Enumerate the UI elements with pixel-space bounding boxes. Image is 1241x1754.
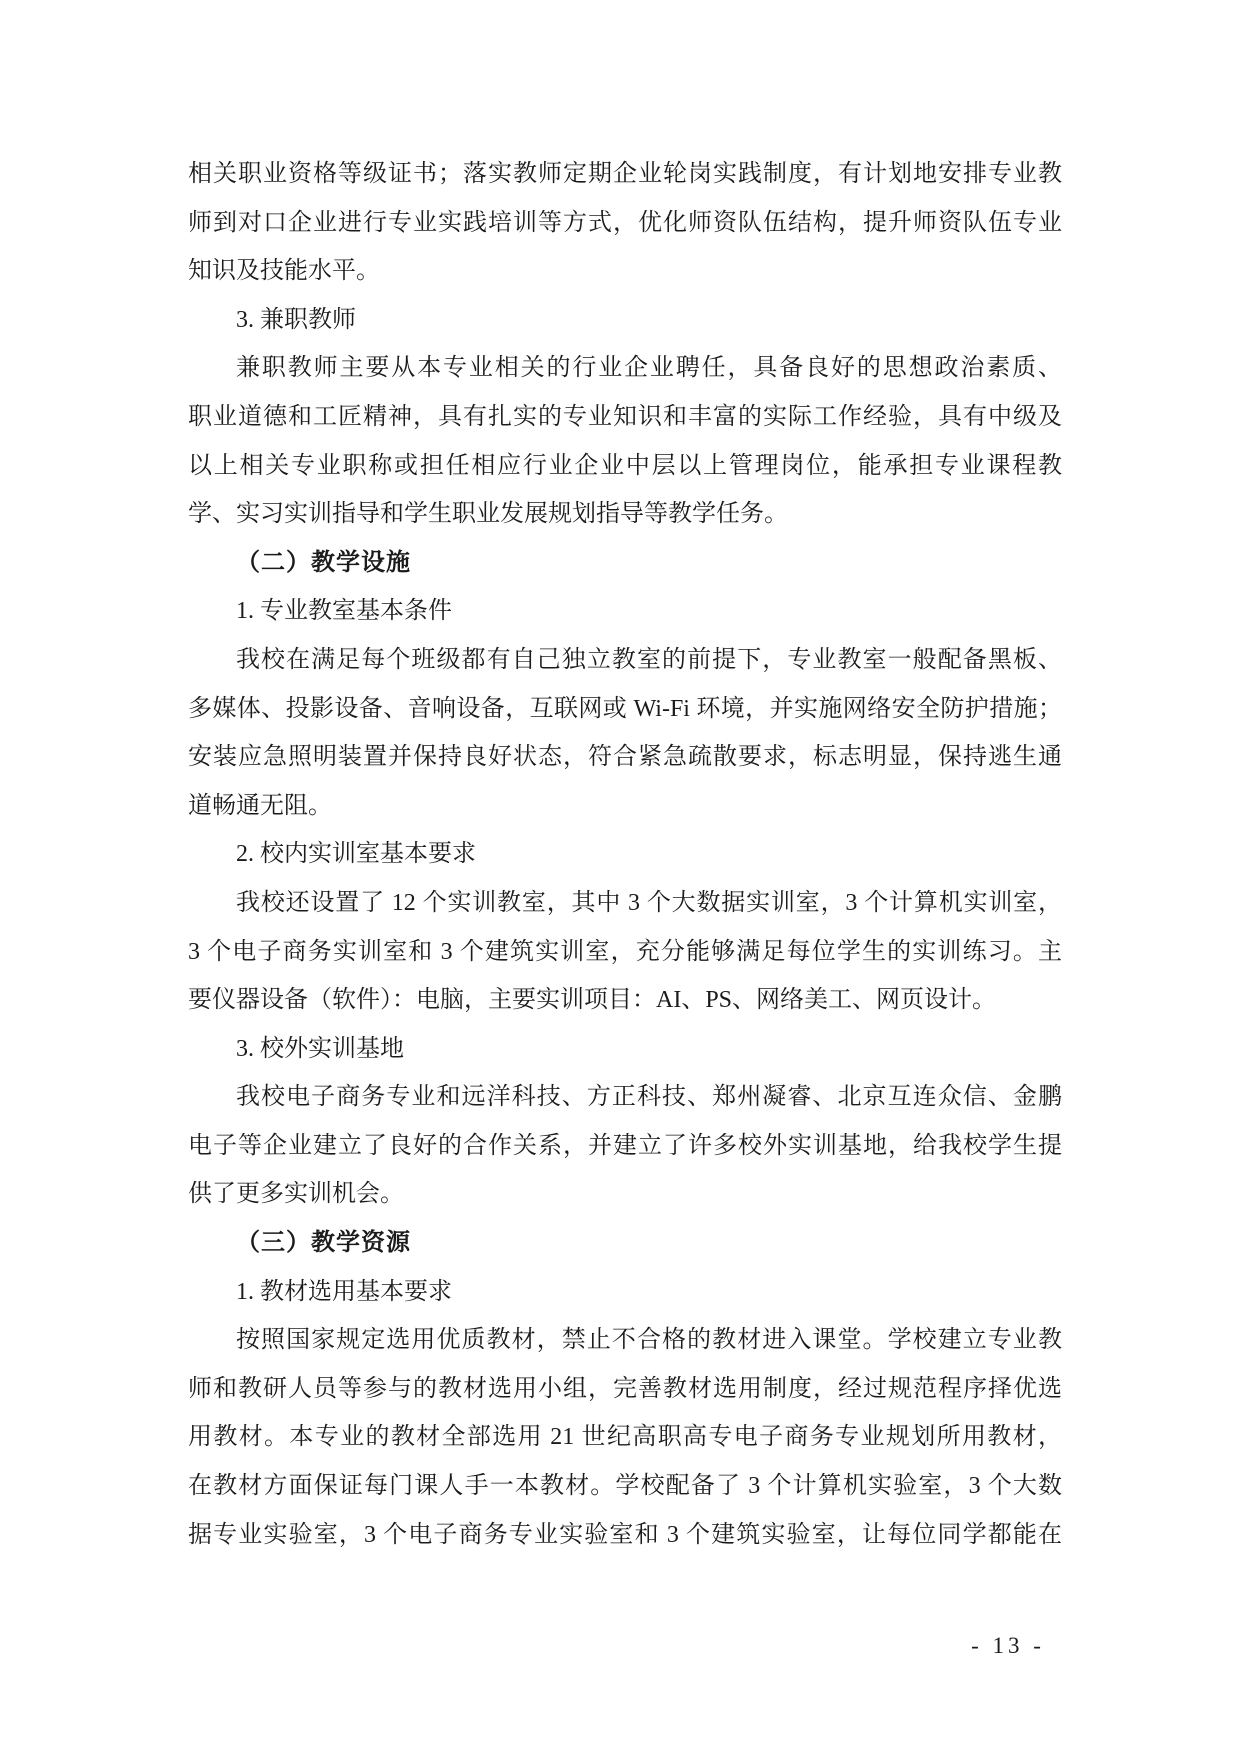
- text-line: 3 个电子商务实训室和 3 个建筑实训室，充分能够满足每位学生的实训练习。主: [188, 928, 1062, 977]
- document-page: 相关职业资格等级证书；落实教师定期企业轮岗实践制度，有计划地安排专业教师到对口企…: [0, 0, 1241, 1754]
- page-number: - 13 -: [953, 1628, 1063, 1664]
- text-line: 知识及技能水平。: [188, 247, 1062, 296]
- text-line: 以上相关专业职称或担任相应行业企业中层以上管理岗位，能承担专业课程教: [188, 442, 1062, 491]
- text-line: 安装应急照明装置并保持良好状态，符合紧急疏散要求，标志明显，保持逃生通: [188, 733, 1062, 782]
- section-heading: （二）教学设施: [188, 539, 1062, 588]
- text-line: 用教材。本专业的教材全部选用 21 世纪高职高专电子商务专业规划所用教材，: [188, 1413, 1062, 1462]
- document-body: 相关职业资格等级证书；落实教师定期企业轮岗实践制度，有计划地安排专业教师到对口企…: [188, 150, 1062, 1559]
- text-line: 相关职业资格等级证书；落实教师定期企业轮岗实践制度，有计划地安排专业教: [188, 150, 1062, 199]
- text-line: 兼职教师主要从本专业相关的行业企业聘任，具备良好的思想政治素质、: [188, 344, 1062, 393]
- text-line: 2. 校内实训室基本要求: [188, 830, 1062, 879]
- text-line: 据专业实验室，3 个电子商务专业实验室和 3 个建筑实验室，让每位同学都能在: [188, 1511, 1062, 1560]
- text-line: 多媒体、投影设备、音响设备，互联网或 Wi-Fi 环境，并实施网络安全防护措施；: [188, 685, 1062, 734]
- text-line: 1. 专业教室基本条件: [188, 587, 1062, 636]
- text-line: 我校电子商务专业和远洋科技、方正科技、郑州凝睿、北京互连众信、金鹏: [188, 1073, 1062, 1122]
- text-line: 学、实习实训指导和学生职业发展规划指导等教学任务。: [188, 490, 1062, 539]
- text-line: 师到对口企业进行专业实践培训等方式，优化师资队伍结构，提升师资队伍专业: [188, 199, 1062, 248]
- text-line: 我校还设置了 12 个实训教室，其中 3 个大数据实训室，3 个计算机实训室，: [188, 879, 1062, 928]
- text-line: 职业道德和工匠精神，具有扎实的专业知识和丰富的实际工作经验，具有中级及: [188, 393, 1062, 442]
- text-line: 师和教研人员等参与的教材选用小组，完善教材选用制度，经过规范程序择优选: [188, 1365, 1062, 1414]
- text-line: 电子等企业建立了良好的合作关系，并建立了许多校外实训基地，给我校学生提: [188, 1122, 1062, 1171]
- text-line: 供了更多实训机会。: [188, 1170, 1062, 1219]
- text-line: 在教材方面保证每门课人手一本教材。学校配备了 3 个计算机实验室，3 个大数: [188, 1462, 1062, 1511]
- text-line: 按照国家规定选用优质教材，禁止不合格的教材进入课堂。学校建立专业教: [188, 1316, 1062, 1365]
- text-line: 要仪器设备（软件）：电脑，主要实训项目：AI、PS、网络美工、网页设计。: [188, 976, 1062, 1025]
- text-line: 道畅通无阻。: [188, 782, 1062, 831]
- text-line: 1. 教材选用基本要求: [188, 1268, 1062, 1317]
- text-line: 3. 兼职教师: [188, 296, 1062, 345]
- text-line: 我校在满足每个班级都有自己独立教室的前提下，专业教室一般配备黑板、: [188, 636, 1062, 685]
- section-heading: （三）教学资源: [188, 1219, 1062, 1268]
- text-line: 3. 校外实训基地: [188, 1025, 1062, 1074]
